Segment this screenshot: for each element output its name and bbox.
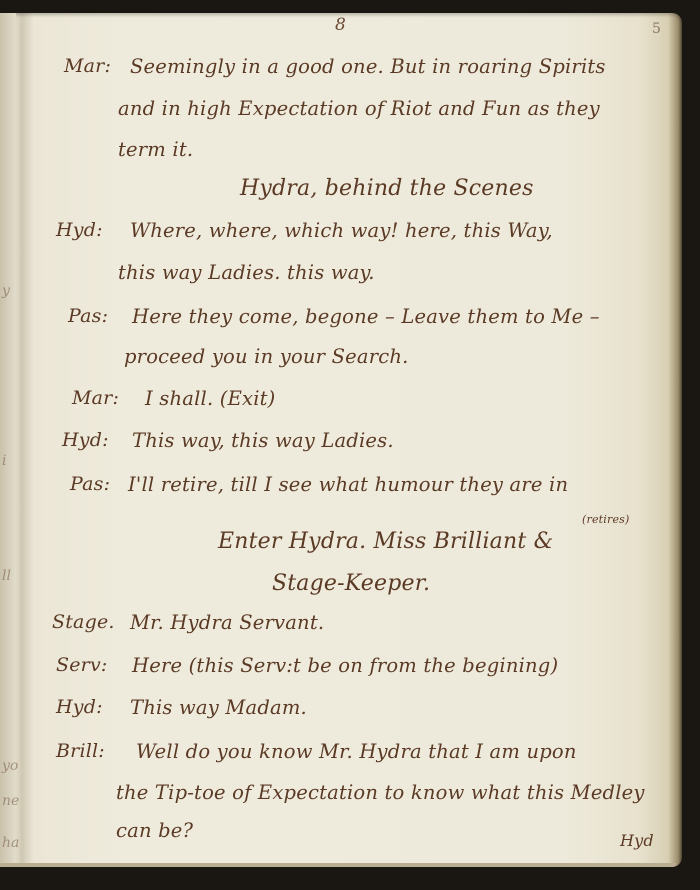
facing-page-ghost-text: ll — [2, 568, 11, 584]
dialogue-line: Where, where, which way! here, this Way, — [130, 219, 553, 242]
dialogue-line: I shall. (Exit) — [145, 387, 275, 410]
margin-note: (retires) — [582, 513, 630, 526]
dialogue-line: term it. — [118, 138, 193, 161]
facing-page-ghost-text: yo — [2, 758, 18, 774]
folio-number: 5 — [652, 21, 661, 37]
speaker-label: Hyd: — [62, 429, 109, 451]
dialogue-line: Here they come, begone – Leave them to M… — [132, 305, 600, 328]
dialogue-line: This way, this way Ladies. — [132, 429, 394, 452]
dialogue-line: I'll retire, till I see what humour they… — [128, 473, 568, 496]
speaker-label: Serv: — [56, 654, 107, 676]
facing-page-ghost-text: y — [2, 283, 10, 299]
speaker-label: Stage. — [52, 611, 115, 633]
catchword: Hyd — [620, 831, 654, 850]
speaker-label: Pas: — [68, 305, 108, 327]
dialogue-line: Here (this Serv:t be on from the beginin… — [132, 654, 558, 677]
speaker-label: Hyd: — [56, 696, 103, 718]
facing-page-ghost-text: ne — [2, 793, 19, 809]
facing-page-ghost-text: i — [2, 453, 6, 469]
speaker-label: Brill: — [56, 740, 105, 762]
manuscript-page: y i ll yo ne ha 8 5 Mar: Seemingly in a … — [0, 13, 682, 867]
speaker-label: Hyd: — [56, 219, 103, 241]
facing-page-ghost-text: ha — [2, 835, 19, 851]
binding-gutter — [0, 13, 16, 867]
dialogue-line: This way Madam. — [130, 696, 307, 719]
dialogue-line: proceed you in your Search. — [124, 345, 409, 368]
stage-direction: Enter Hydra. Miss Brilliant & — [218, 529, 553, 554]
dialogue-line: Well do you know Mr. Hydra that I am upo… — [136, 740, 577, 763]
dialogue-line: this way Ladies. this way. — [118, 261, 375, 284]
dialogue-line: can be? — [116, 819, 193, 842]
dialogue-line: the Tip-toe of Expectation to know what … — [116, 781, 645, 804]
speaker-label: Mar: — [72, 387, 119, 409]
page-number: 8 — [335, 15, 346, 35]
dialogue-line: and in high Expectation of Riot and Fun … — [118, 97, 600, 120]
stage-direction: Stage-Keeper. — [272, 571, 430, 596]
speaker-label: Mar: — [64, 55, 111, 77]
stage-direction: Hydra, behind the Scenes — [240, 176, 534, 201]
speaker-label: Pas: — [70, 473, 110, 495]
dialogue-line: Mr. Hydra Servant. — [130, 611, 324, 634]
dialogue-line: Seemingly in a good one. But in roaring … — [130, 55, 606, 78]
